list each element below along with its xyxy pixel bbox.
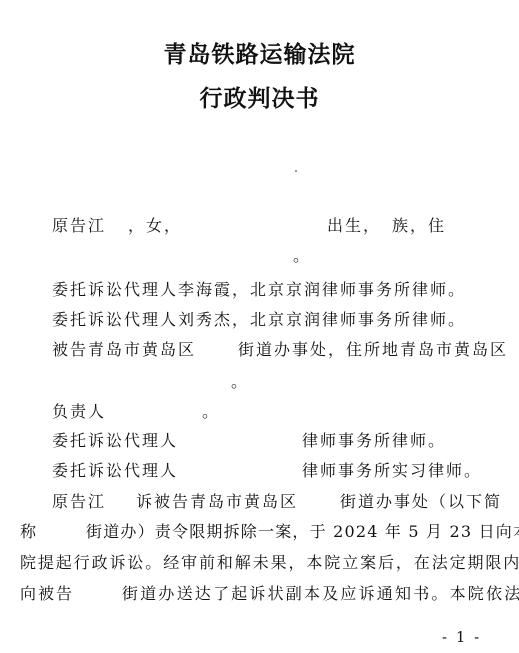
responsible-person-label: 负责人 [52,402,106,422]
plaintiff-name: 原告江 [52,216,106,236]
document-type-title: 行政判决书 [0,80,519,113]
body-line-3: 院提起行政诉讼。经审前和解未果，本院立案后，在法定期限内 [20,553,519,573]
body-line-1c: 街道办事处（以下简 [340,492,502,512]
defendant-agent-2-label: 委托诉讼代理人 [52,461,178,481]
plaintiff-agent-2: 委托诉讼代理人刘秀杰，北京京润律师事务所律师。 [52,310,466,330]
speck [295,170,297,172]
defendant-agent-1-label: 委托诉讼代理人 [52,431,178,451]
plaintiff-ethnicity: 族，住 [392,216,446,236]
defendant-agent-2-firm: 律师事务所实习律师。 [302,461,482,481]
defendant-agent-1-firm: 律师事务所律师。 [302,431,446,451]
page-number: - 1 - [442,628,481,646]
defendant-name: 被告青岛市黄岛区 [52,340,196,360]
body-line-4b: 街道办送达了起诉状副本及应诉通知书。本院依法 [122,584,519,604]
plaintiff-gender: ，女， [128,216,182,236]
plaintiff-birth: 出生， [327,216,381,236]
defendant-address: 街道办事处，住所地青岛市黄岛区 [238,340,508,360]
body-line-4a: 向被告 [20,584,74,604]
plaintiff-end: 。 [293,246,309,266]
body-line-1b: 诉被告青岛市黄岛区 [136,492,298,512]
responsible-end: 。 [202,402,218,422]
plaintiff-agent-1: 委托诉讼代理人李海霞，北京京润律师事务所律师。 [52,280,466,300]
defendant-end: 。 [231,372,247,392]
court-title: 青岛铁路运输法院 [0,36,519,69]
body-line-2b: 街道办）责令限期拆除一案，于 2024 年 5 月 23 日向本 [86,522,519,542]
body-line-2a: 称 [20,522,38,542]
body-line-1a: 原告江 [52,492,106,512]
